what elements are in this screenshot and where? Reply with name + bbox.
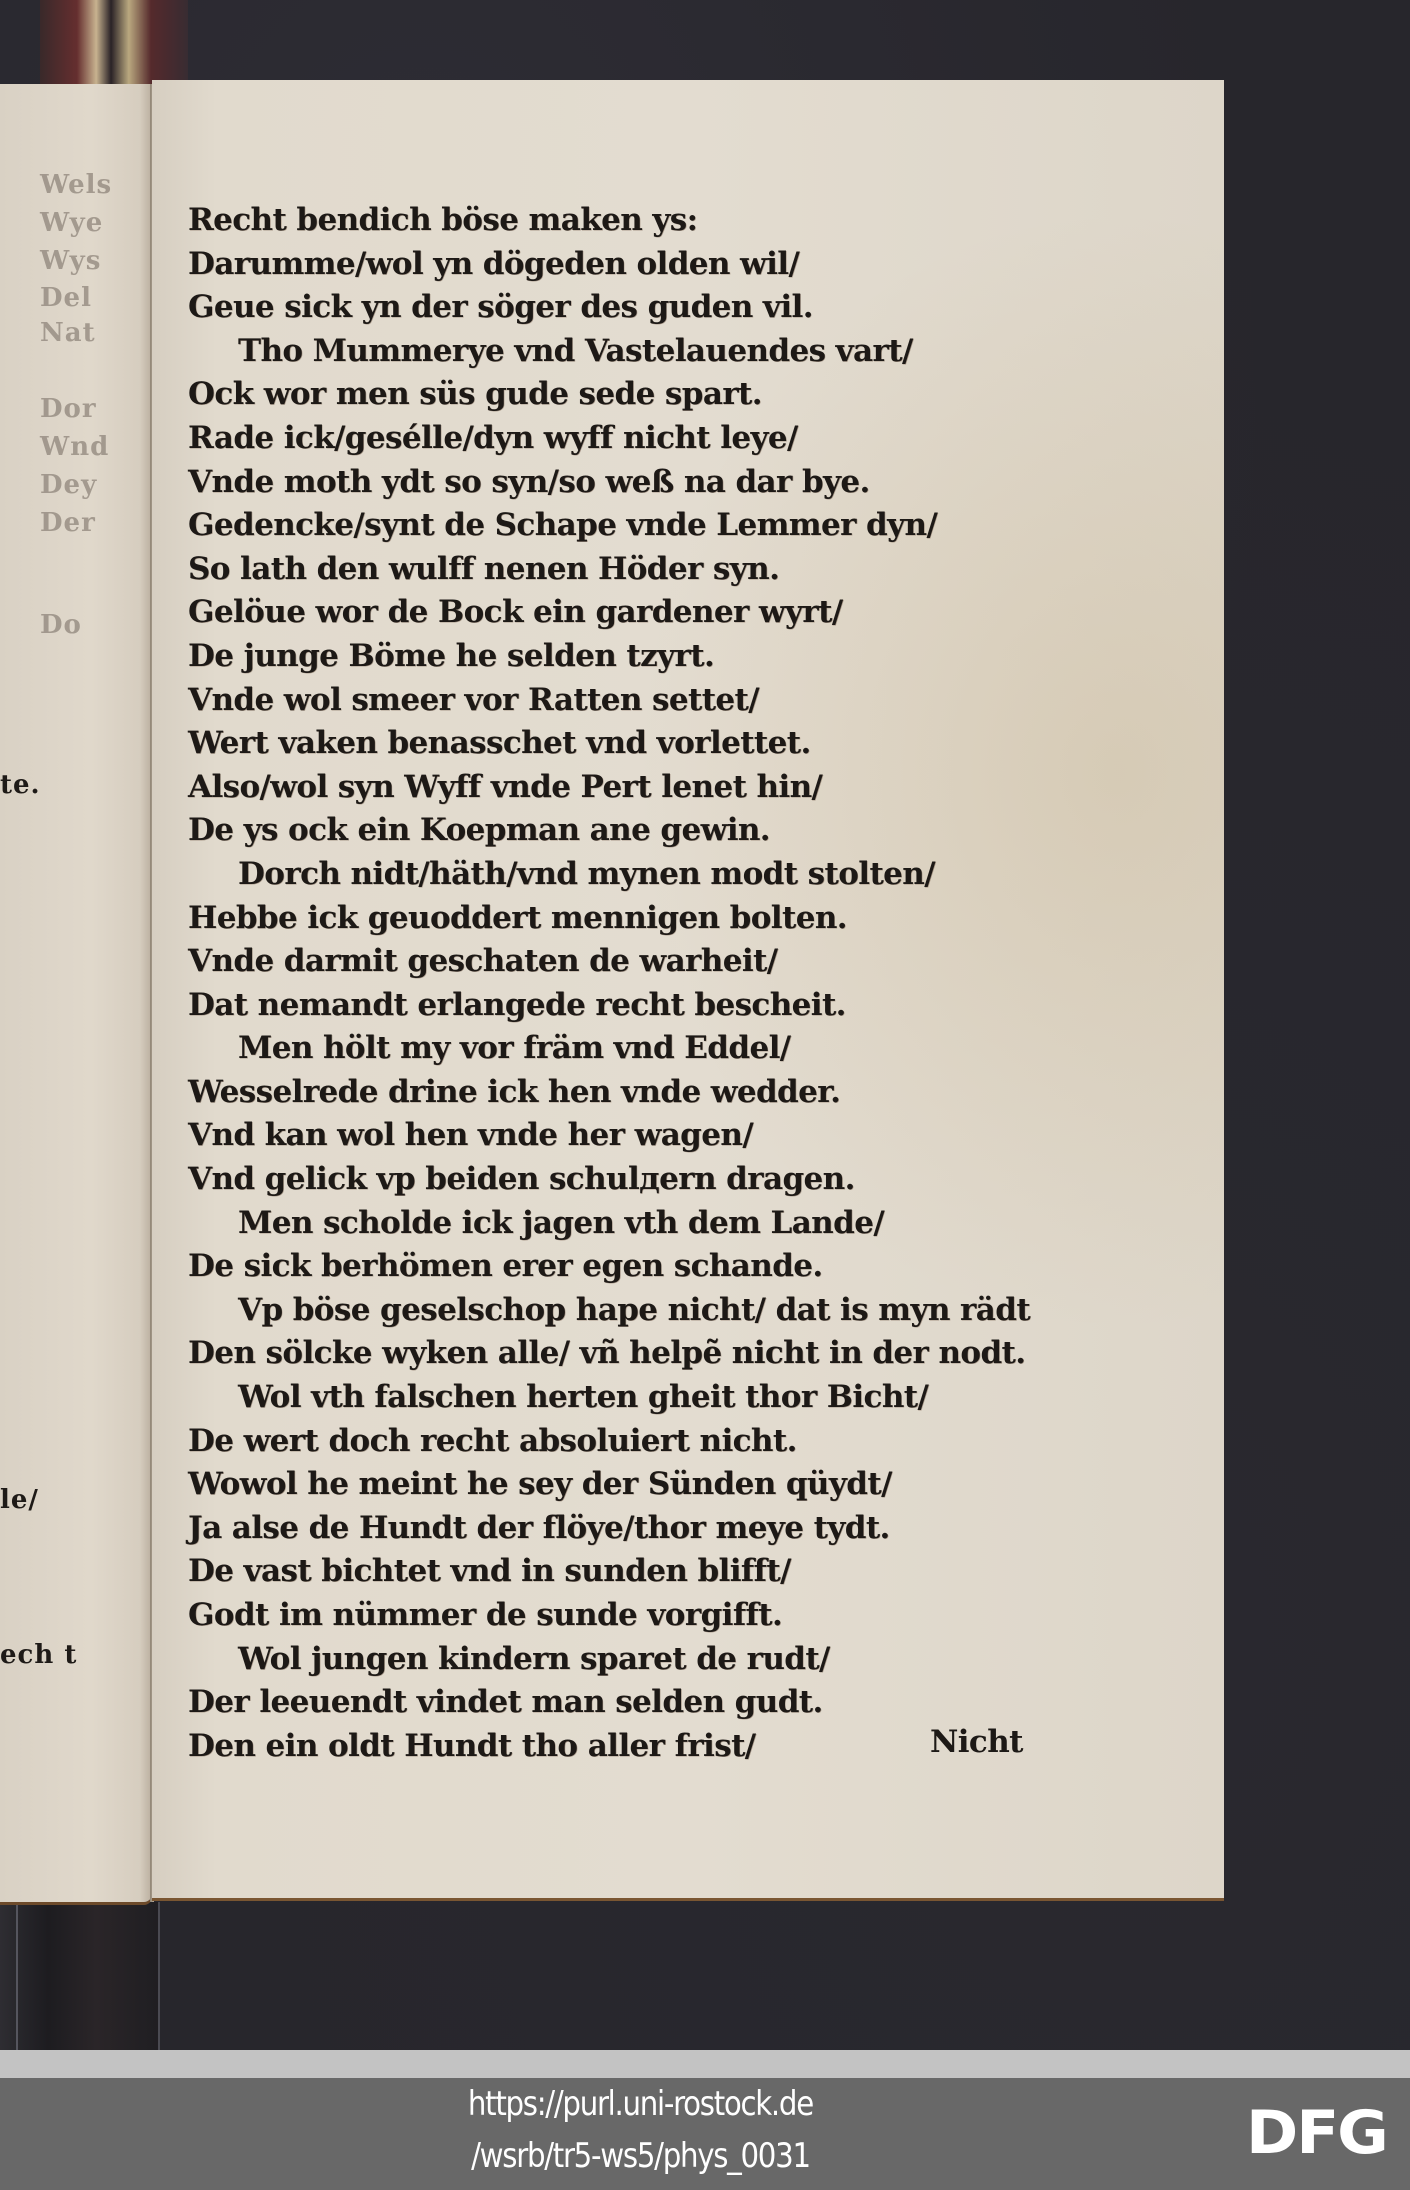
- book-binding-bottom: [0, 1902, 160, 2050]
- text-line: De wert doch recht absoluiert nicht.: [188, 1420, 1188, 1464]
- text-line: Wol jungen kindern sparet de rudt/: [188, 1638, 1188, 1682]
- binding-edge-line: [158, 1902, 160, 2050]
- text-line: Gedencke/synt de Schape vnde Lemmer dyn/: [188, 504, 1188, 548]
- text-line: Dat nemandt erlangede recht bescheit.: [188, 984, 1188, 1028]
- text-line: Ock wor men süs gude sede spart.: [188, 373, 1188, 417]
- footer-url-line-2[interactable]: /wsrb/tr5-ws5/phys_0031: [90, 2136, 1191, 2176]
- left-page-text-fragment: Del: [40, 283, 92, 313]
- text-line: Gelöue wor de Bock ein gardener wyrt/: [188, 591, 1188, 635]
- text-line: Vp böse geselschop hape nicht/ dat is my…: [188, 1289, 1188, 1333]
- binding-edge-line: [16, 1902, 18, 2050]
- main-page: Recht bendich böse maken ys:Darumme/wol …: [152, 80, 1224, 1898]
- text-line: Wol vth falschen herten gheit thor Bicht…: [188, 1376, 1188, 1420]
- catchword: Nicht: [930, 1724, 1023, 1760]
- text-line: Dorch nidt/häth/vnd mynen modt stolten/: [188, 853, 1188, 897]
- text-line: Vnde wol smeer vor Ratten settet/: [188, 679, 1188, 723]
- text-line: So lath den wulff nenen Höder syn.: [188, 548, 1188, 592]
- left-page-text-fragment: Dor: [40, 394, 97, 424]
- text-line: Darumme/wol yn dögeden olden wil/: [188, 243, 1188, 287]
- text-line: Wert vaken benasschet vnd vorlettet.: [188, 722, 1188, 766]
- dfg-logo: DFG: [1246, 2106, 1401, 2160]
- text-line: Recht bendich böse maken ys:: [188, 199, 1188, 243]
- text-line: Vnd kan wol hen vnde her wagen/: [188, 1114, 1188, 1158]
- left-page-text-fragment: Wnd: [40, 432, 109, 462]
- left-page-text-fragment: Der: [40, 508, 96, 538]
- left-page-text-fragment: Do: [40, 610, 82, 640]
- footer-bar: https://purl.uni-rostock.de /wsrb/tr5-ws…: [0, 2078, 1410, 2190]
- text-line: Geue sick yn der söger des guden vil.: [188, 286, 1188, 330]
- text-line: De ys ock ein Koepman ane gewin.: [188, 809, 1188, 853]
- text-line: Also/wol syn Wyff vnde Pert lenet hin/: [188, 766, 1188, 810]
- text-line: De vast bichtet vnd in sunden blifft/: [188, 1550, 1188, 1594]
- text-line: Den ein oldt Hundt tho aller frist/: [188, 1725, 1188, 1769]
- book-binding-top: [40, 0, 188, 86]
- text-line: Den sölcke wyken alle/ vñ helpẽ nicht in…: [188, 1332, 1188, 1376]
- left-page-text-fragment: te.: [0, 770, 41, 800]
- text-line: Godt im nümmer de sunde vorgifft.: [188, 1594, 1188, 1638]
- text-line: Tho Mummerye vnd Vastelauendes vart/: [188, 330, 1188, 374]
- text-line: Vnde darmit geschaten de warheit/: [188, 940, 1188, 984]
- left-page-text-fragment: Nat: [40, 318, 96, 348]
- left-page-text-fragment: le/: [0, 1485, 39, 1515]
- text-line: Wesselrede drine ick hen vnde wedder.: [188, 1071, 1188, 1115]
- left-page: WelsWyeWysDelNatDorWndDeyDerDote.le/ech …: [0, 84, 152, 1902]
- left-page-text-fragment: Wye: [40, 208, 103, 238]
- text-line: Hebbe ick geuoddert mennigen bolten.: [188, 897, 1188, 941]
- text-line: Men hölt my vor främ vnd Eddel/: [188, 1027, 1188, 1071]
- text-line: De junge Böme he selden tzyrt.: [188, 635, 1188, 679]
- text-line: Wowol he meint he sey der Sünden qüydt/: [188, 1463, 1188, 1507]
- footer-url-line-1[interactable]: https://purl.uni-rostock.de: [90, 2084, 1191, 2124]
- text-line: Der leeuendt vindet man selden gudt.: [188, 1681, 1188, 1725]
- text-line: Vnde moth ydt so syn/so weß na dar bye.: [188, 461, 1188, 505]
- left-page-text-fragment: ech t: [0, 1640, 77, 1670]
- text-line: De sick berhömen erer egen schande.: [188, 1245, 1188, 1289]
- text-line: Ja alse de Hundt der flöye/thor meye tyd…: [188, 1507, 1188, 1551]
- text-line: Men scholde ick jagen vth dem Lande/: [188, 1202, 1188, 1246]
- page-text-block: Recht bendich böse maken ys:Darumme/wol …: [188, 199, 1188, 1768]
- left-page-text-fragment: Wels: [40, 170, 112, 200]
- footer-divider-strip: [0, 2050, 1410, 2078]
- left-page-text-fragment: Wys: [40, 246, 101, 276]
- text-line: Vnd gelick vp beiden schulдern dragen.: [188, 1158, 1188, 1202]
- left-page-text-fragment: Dey: [40, 470, 97, 500]
- text-line: Rade ick/gesélle/dyn wyff nicht leye/: [188, 417, 1188, 461]
